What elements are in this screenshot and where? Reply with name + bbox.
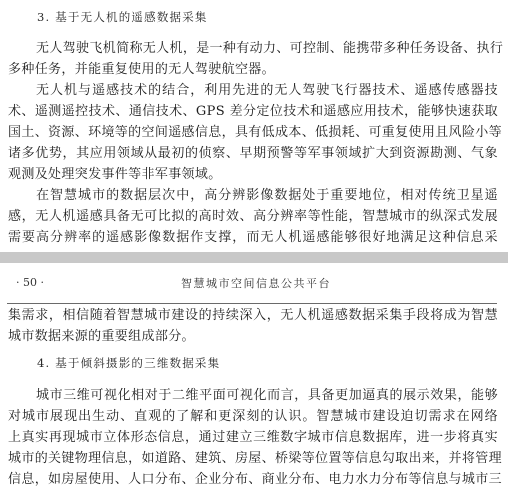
paragraph-line: 城市的关键物理信息，如道路、建筑、房屋、桥梁等位置等信息勾取出来，并将管理 bbox=[8, 450, 498, 467]
paragraph-line: 术、遥测遥控技术、通信技术、GPS 差分定位技术和遥感应用技术，能够快速获取 bbox=[8, 103, 498, 120]
section-heading-4: 4. 基于倾斜摄影的三维数据采集 bbox=[37, 355, 220, 371]
page-separator bbox=[0, 252, 508, 263]
paragraph-line: 城市三维可视化相对于二维平面可视化而言，具备更加逼真的展示效果，能够 bbox=[36, 387, 498, 404]
paragraph-line: 诸多优势，其应用领域从最初的侦察、早期预警等军事领域扩大到资源勘测、气象 bbox=[8, 145, 498, 162]
paragraph-line: 对城市展现出生动、直观的了解和更深刻的认识。智慧城市建设迫切需求在网络 bbox=[8, 408, 498, 425]
page-bottom-fragment: · 50 · 智慧城市空间信息公共平台 集需求，相信随着智慧城市建设的持续深入，… bbox=[0, 263, 508, 498]
section-heading-3: 3. 基于无人机的遥感数据采集 bbox=[37, 9, 208, 25]
paragraph-line: 观测及处理突发事件等非军事领域。 bbox=[8, 166, 498, 183]
running-header: · 50 · 智慧城市空间信息公共平台 bbox=[0, 272, 508, 296]
paragraph-line: 无人驾驶飞机简称无人机，是一种有动力、可控制、能携带多种任务设备、执行 bbox=[36, 40, 498, 57]
paragraph-line: 需要高分辨率的遥感影像数据作支撑，而无人机遥感能够很好地满足这种信息采 bbox=[8, 229, 498, 246]
paragraph-line: 感，无人机遥感具备无可比拟的高时效、高分辨率等性能，智慧城市的纵深式发展 bbox=[8, 208, 498, 225]
paragraph-line: 多种任务，并能重复使用的无人驾驶航空器。 bbox=[8, 61, 498, 78]
running-title: 智慧城市空间信息公共平台 bbox=[181, 275, 331, 291]
paragraph-line: 信息，如房屋使用、人口分布、企业分布、商业分布、电力水力分布等信息与城市三 bbox=[8, 471, 498, 488]
paragraph-line: 在智慧城市的数据层次中，高分辨影像数据处于重要地位，相对传统卫星遥 bbox=[36, 187, 498, 204]
paragraph-line: 集需求，相信随着智慧城市建设的持续深入，无人机遥感数据采集手段将成为智慧 bbox=[8, 307, 498, 324]
paragraph-line: 无人机与遥感技术的结合，利用先进的无人驾驶飞行器技术、遥感传感器技 bbox=[36, 82, 498, 99]
paragraph-line: 城市数据来源的重要组成部分。 bbox=[8, 328, 498, 345]
page-top-fragment: 3. 基于无人机的遥感数据采集 无人驾驶飞机简称无人机，是一种有动力、可控制、能… bbox=[0, 0, 508, 252]
header-rule bbox=[7, 303, 497, 304]
paragraph-line: 上真实再现城市立体形态信息，通过建立三维数字城市信息数据库，进一步将真实 bbox=[8, 429, 498, 446]
paragraph-line: 国土、资源、环境等的空间遥感信息，具有低成本、低损耗、可重复使用且风险小等 bbox=[8, 124, 498, 141]
page-number: · 50 · bbox=[16, 276, 44, 289]
